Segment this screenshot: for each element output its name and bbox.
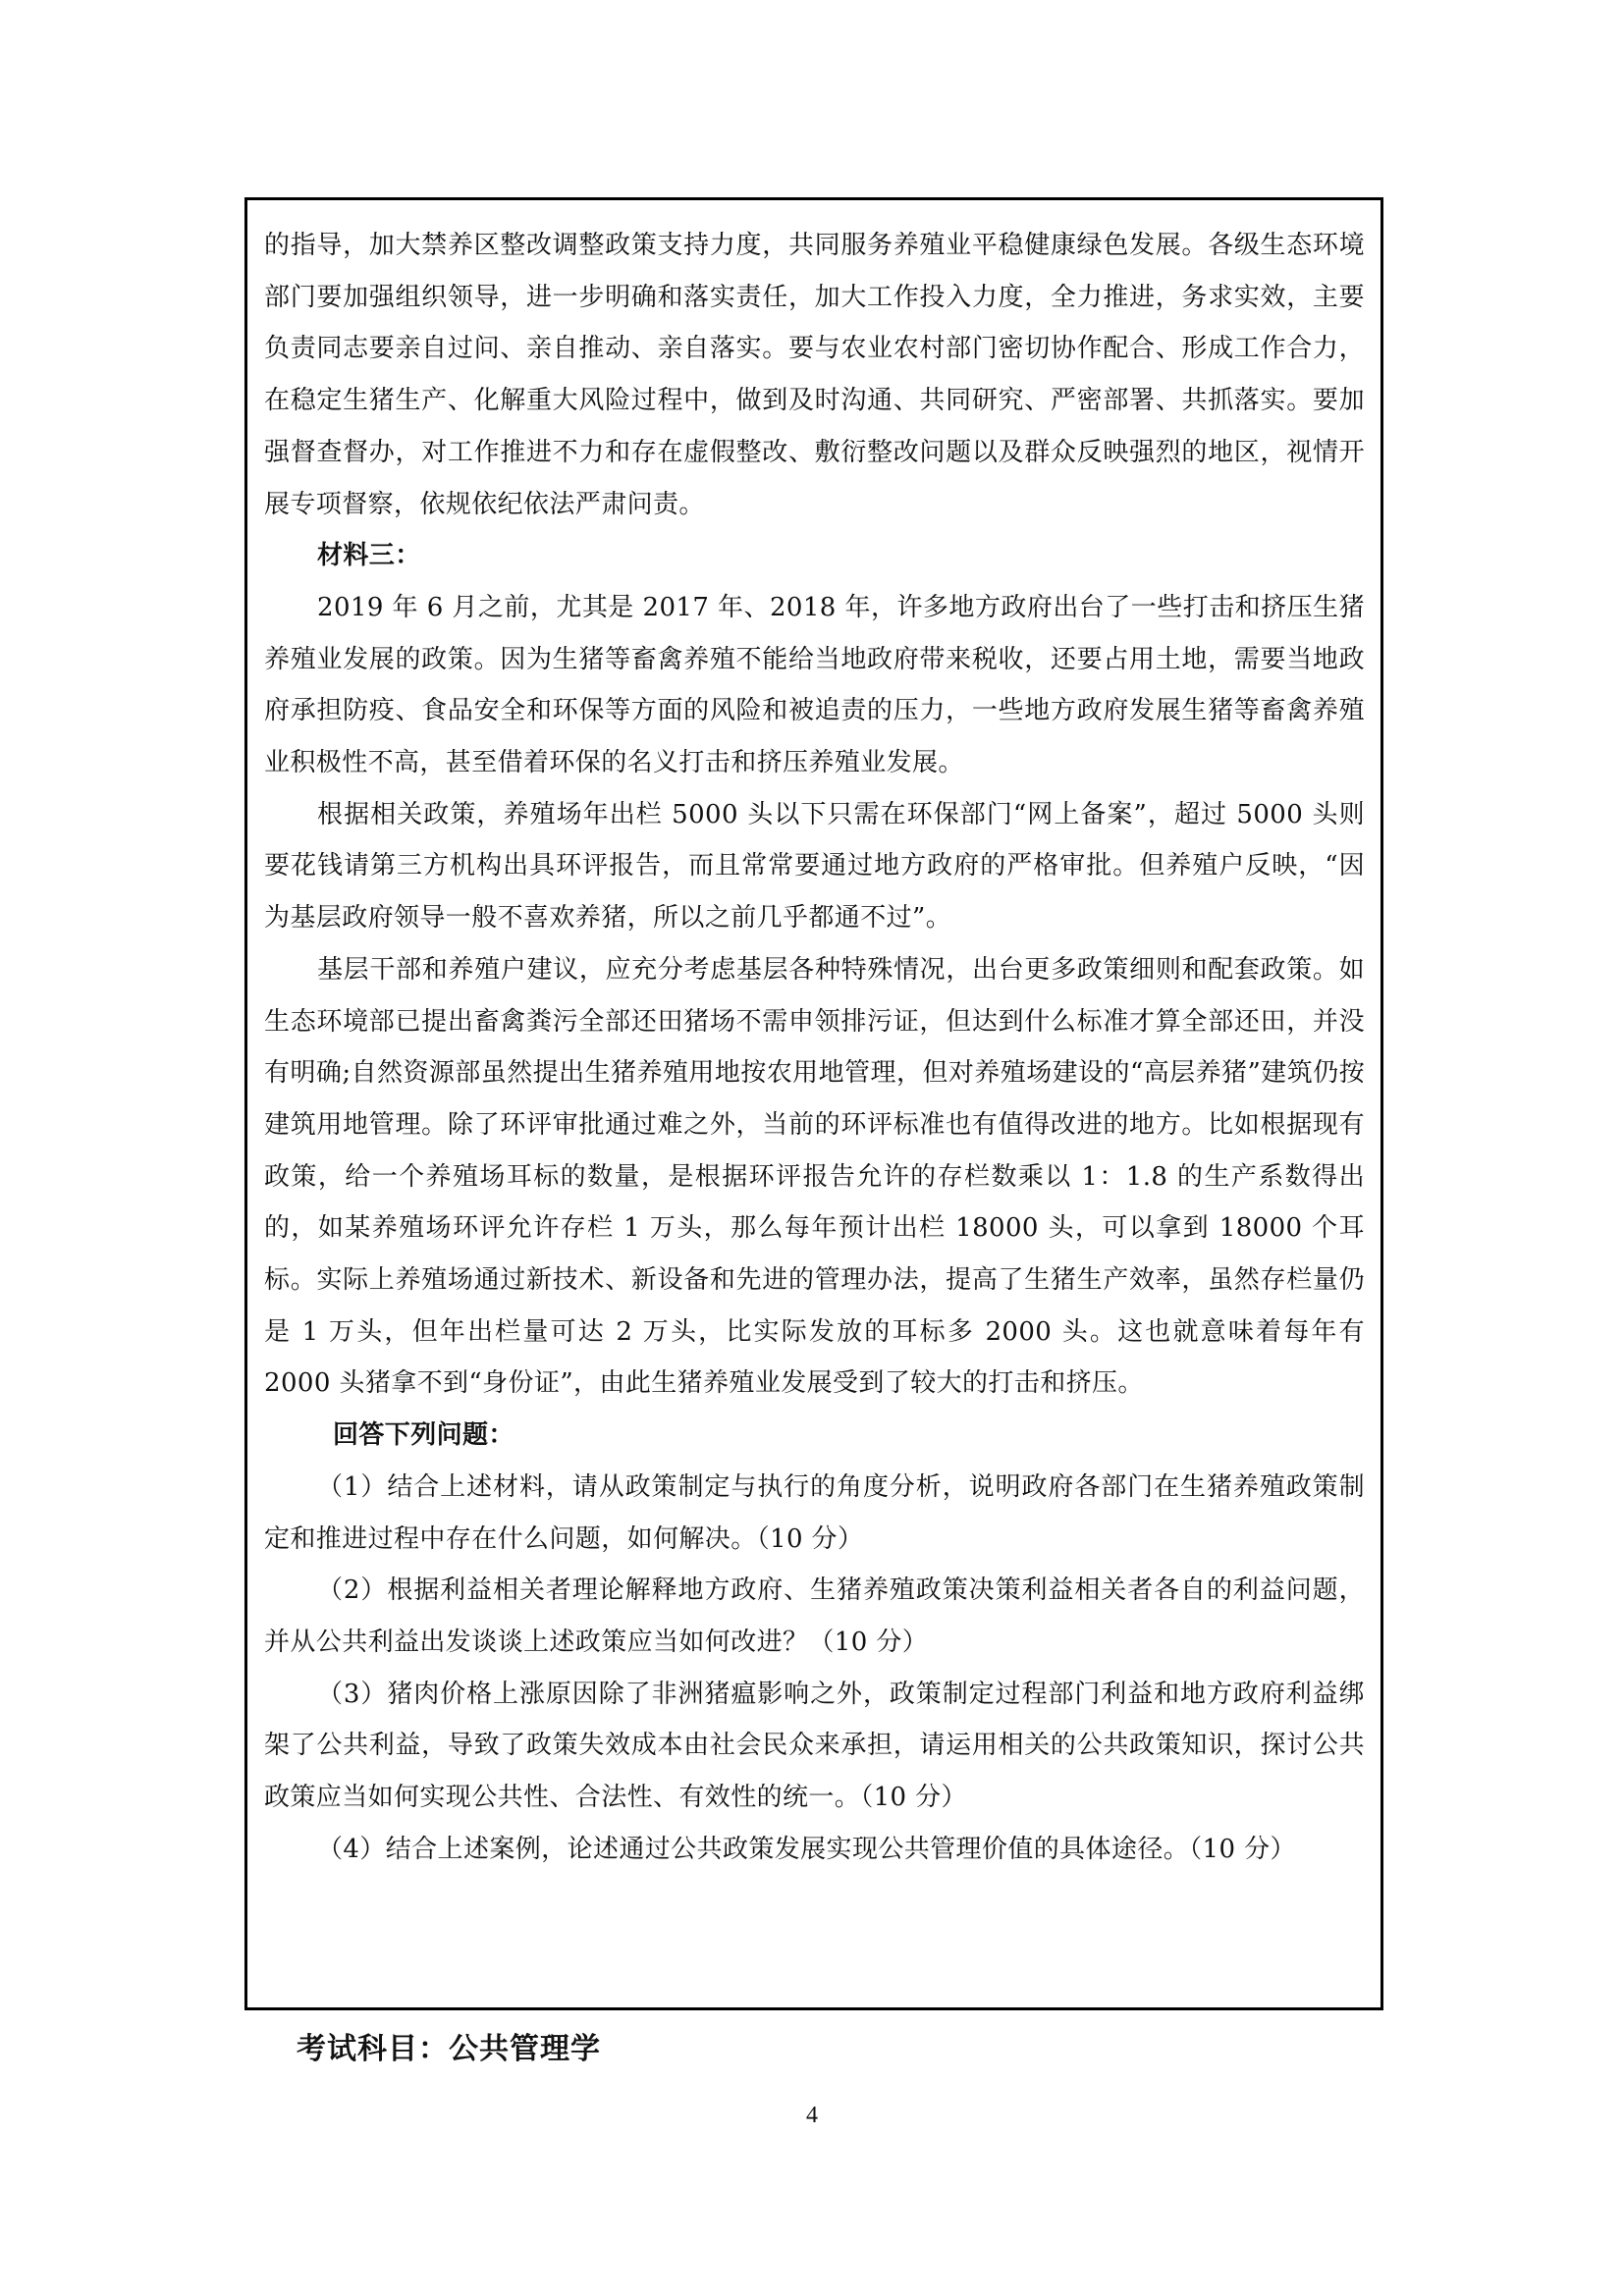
material-paragraph: 2019 年 6 月之前，尤其是 2017 年、2018 年，许多地方政府出台了… [264, 582, 1365, 789]
material-paragraph: 根据相关政策，养殖场年出栏 5000 头以下只需在环保部门“网上备案”，超过 5… [264, 789, 1365, 944]
page-number: 4 [0, 2103, 1624, 2129]
question-item: （3）猪肉价格上涨原因除了非洲猪瘟影响之外，政策制定过程部门利益和地方政府利益绑… [264, 1669, 1365, 1824]
questions-heading: 回答下列问题： [264, 1410, 1365, 1462]
question-box: 的指导，加大禁养区整改调整政策支持力度，共同服务养殖业平稳健康绿色发展。各级生态… [244, 197, 1383, 2010]
question-content: 的指导，加大禁养区整改调整政策支持力度，共同服务养殖业平稳健康绿色发展。各级生态… [264, 220, 1365, 1876]
question-item: （4）结合上述案例，论述通过公共政策发展实现公共管理价值的具体途径。（10 分） [264, 1824, 1365, 1876]
question-item: （1）结合上述材料，请从政策制定与执行的角度分析，说明政府各部门在生猪养殖政策制… [264, 1462, 1365, 1565]
material-paragraph: 基层干部和养殖户建议，应充分考虑基层各种特殊情况，出台更多政策细则和配套政策。如… [264, 944, 1365, 1410]
exam-subject: 考试科目：公共管理学 [297, 2024, 601, 2067]
question-item: （2）根据利益相关者理论解释地方政府、生猪养殖政策决策利益相关者各自的利益问题，… [264, 1565, 1365, 1668]
material-three-heading: 材料三： [264, 530, 1365, 582]
continued-paragraph: 的指导，加大禁养区整改调整政策支持力度，共同服务养殖业平稳健康绿色发展。各级生态… [264, 220, 1365, 530]
